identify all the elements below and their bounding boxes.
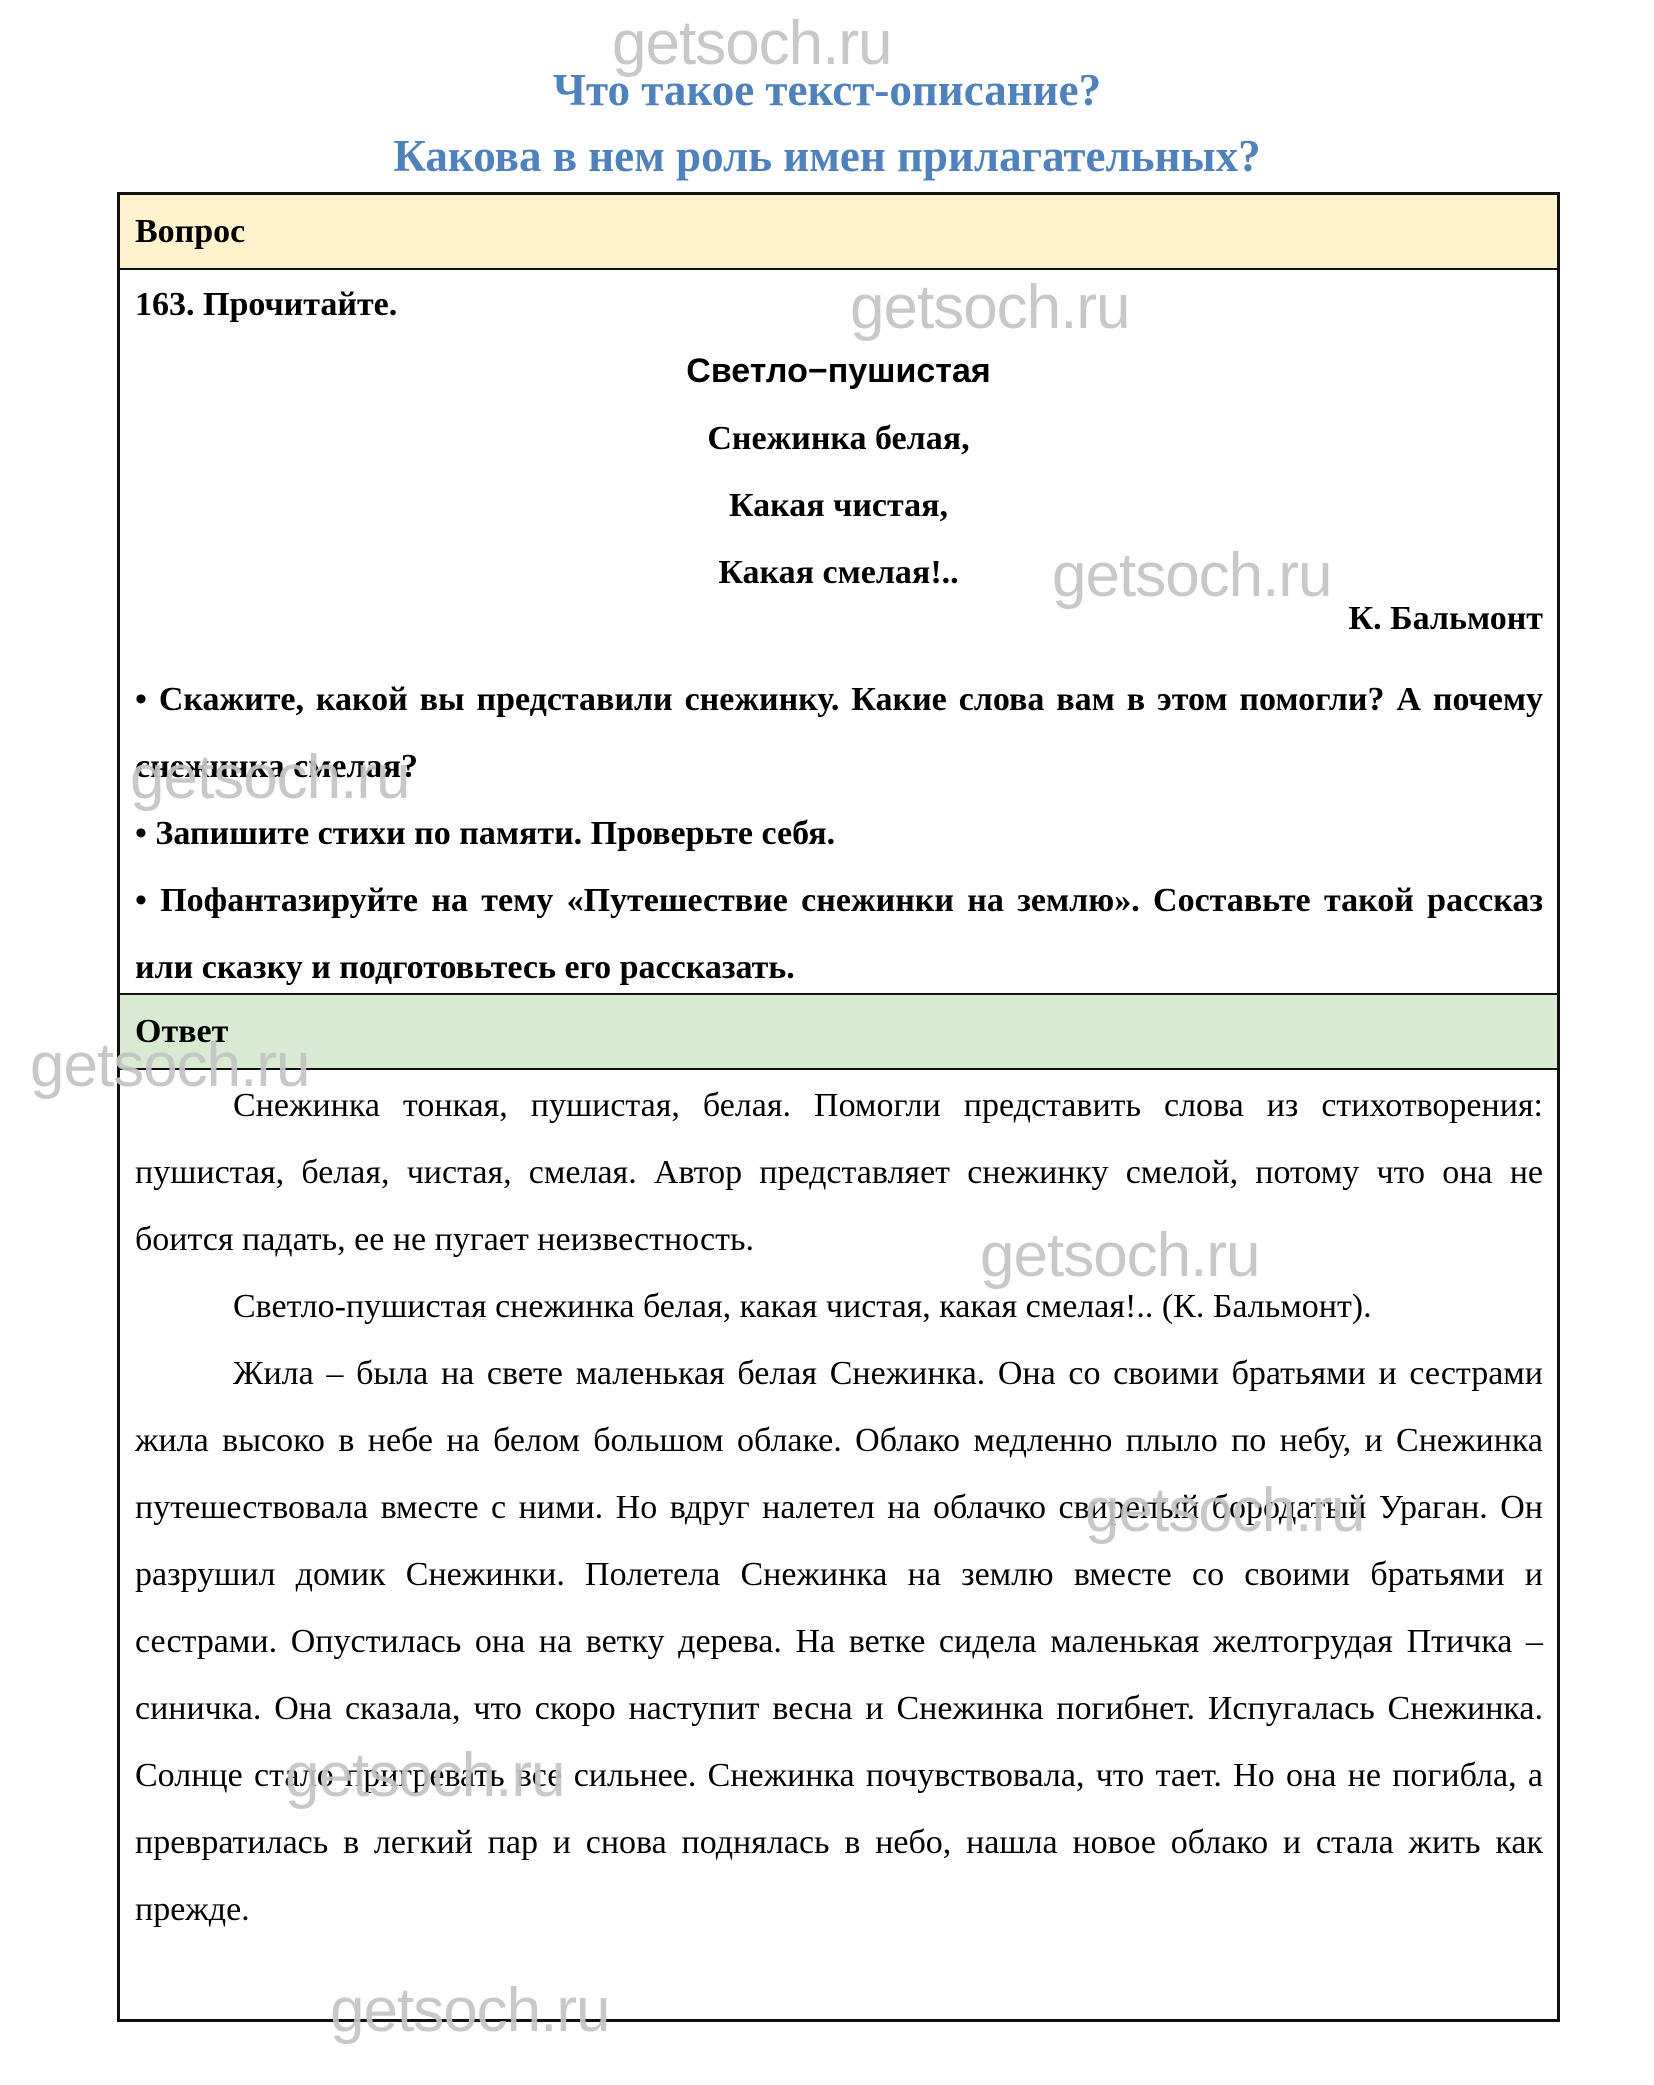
answer-header-label: Ответ <box>135 1013 228 1051</box>
poem-title: Светло−пушистая <box>120 352 1557 391</box>
task-list: • Скажите, какой вы представили снежинку… <box>135 666 1543 1001</box>
poem-line: Снежинка белая, <box>120 420 1557 458</box>
answer-body: Снежинка тонкая, пушистая, белая. Помогл… <box>135 1072 1543 1943</box>
task-item: • Скажите, какой вы представили снежинку… <box>135 666 1543 800</box>
page-title: Что такое текст-описание? <box>0 64 1654 116</box>
answer-paragraph: Светло-пушистая снежинка белая, какая чи… <box>135 1273 1543 1340</box>
poem-line: Какая смелая!.. <box>120 554 1557 592</box>
question-body: 163. Прочитайте. Светло−пушистая Снежинк… <box>120 272 1557 992</box>
answer-paragraph: Жила – была на свете маленькая белая Сне… <box>135 1340 1543 1943</box>
answer-paragraph: Снежинка тонкая, пушистая, белая. Помогл… <box>135 1072 1543 1273</box>
poem-author: К. Бальмонт <box>1349 600 1544 638</box>
question-header-label: Вопрос <box>135 213 245 251</box>
question-header: Вопрос <box>120 195 1557 270</box>
exercise-number: 163. Прочитайте. <box>135 286 397 324</box>
answer-header: Ответ <box>120 993 1557 1070</box>
task-item: • Пофантазируйте на тему «Путешествие сн… <box>135 867 1543 1001</box>
poem-line: Какая чистая, <box>120 487 1557 525</box>
page-subtitle: Какова в нем роль имен прилагательных? <box>0 130 1654 182</box>
task-item: • Запишите стихи по памяти. Проверьте се… <box>135 800 1543 867</box>
qa-table: Вопрос 163. Прочитайте. Светло−пушистая … <box>117 192 1560 2022</box>
